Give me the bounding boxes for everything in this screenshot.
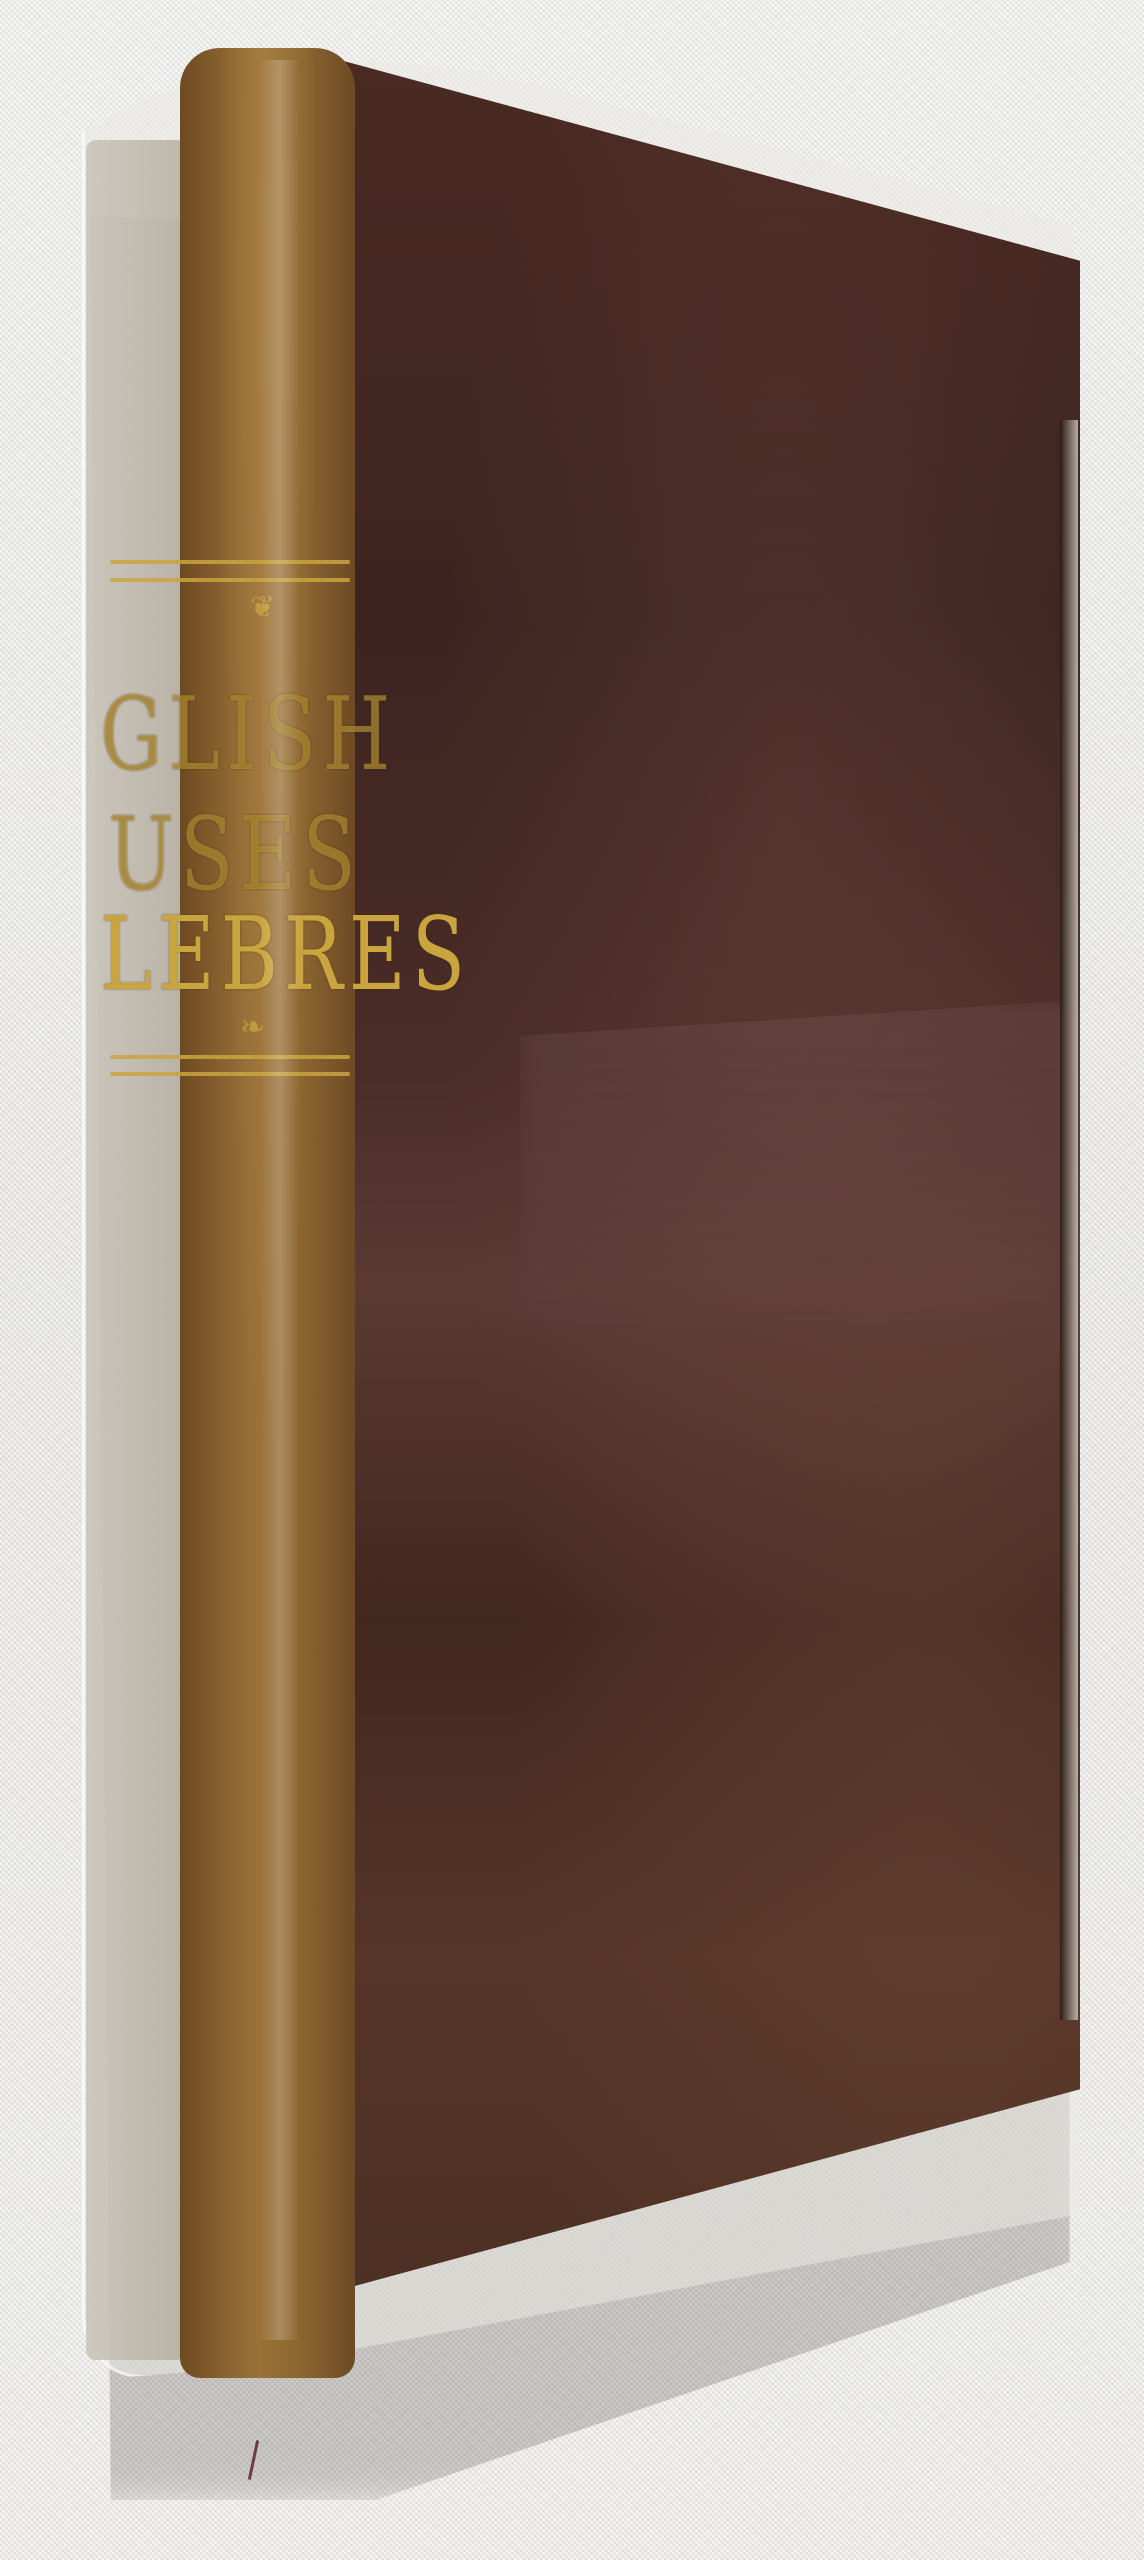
spine-title-line-3: LEBRES [100,897,370,1014]
spine-title-line-1: GLISH [100,677,370,794]
spine-highlight [260,60,300,2340]
gilt-rule-top-2 [110,578,350,582]
cover-glare [520,1000,1080,1360]
gilt-rule-top-1 [110,560,350,564]
photo-scene: ❦ GLISH USES LEBRES ❧ [0,0,1144,2560]
mylar-spine-fold [86,140,186,2360]
cover-edge [1060,420,1078,2020]
gilt-rule-bottom-2 [110,1072,350,1076]
gilt-rule-bottom-1 [110,1055,350,1059]
